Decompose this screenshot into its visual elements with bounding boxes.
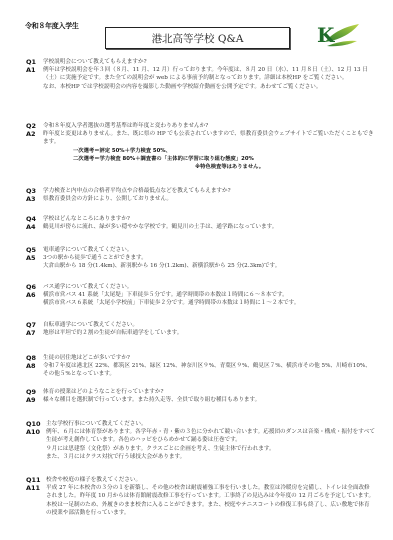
question-text: バス通学について教えてください。 <box>43 283 375 291</box>
answer-tag: A7 <box>26 329 43 337</box>
answer-tag: A8 <box>26 362 43 378</box>
answer-text: 令和７年度は港北区 22%、都筑区 21%、緑区 12%、神奈川区９%、青葉区９… <box>43 362 375 378</box>
qa-item-3: Q3学力検査と内申点の合格者平均点や合格最低点などを教えてもらえますか? A3県… <box>26 187 375 203</box>
qa-item-11: Q11校舎や校庭の様子を教えてください。 A11平成 27 年に本校舎の３分の１… <box>26 476 375 517</box>
answer-tag: A10 <box>26 428 46 461</box>
answer-text: 3つの駅から徒歩で通うことができます。 <box>43 254 375 262</box>
answer-tag: A6 <box>26 291 43 307</box>
question-text: 主な学校行事について教えてください。 <box>46 420 375 428</box>
page-title: 港北高等学校 Q&A <box>105 27 290 49</box>
school-logo-icon: K <box>313 20 363 48</box>
year-label: 令和８年度入学生 <box>25 21 79 31</box>
answer-text: 鶴見川が傍らに流れ、緑が多い穏やかな学校です。鶴見川の土手は、通学路になっていま… <box>43 223 375 231</box>
question-tag: Q7 <box>26 321 43 329</box>
question-text: 電車通学について教えてください。 <box>43 246 375 254</box>
qa-item-7: Q7自転車通学について教えてください。 A7地形は平坦で約２割の生徒が自転車通学… <box>26 321 375 337</box>
question-text: 令和８年度入学者選抜の選考基準は昨年度と変わりありませんか? <box>43 122 375 130</box>
answer-tag: A3 <box>26 195 43 203</box>
answer-tag: A1 <box>26 66 43 91</box>
answer-text: 横浜市営バス６系統「太尾小学校前」下車徒歩２分です。通学時間帯の本数は１時間に１… <box>43 299 375 307</box>
question-tag: Q9 <box>26 388 43 396</box>
qa-item-9: Q9体育の授業はどのようなことを行っていますか? A9様々な種目を選択制で行って… <box>26 388 375 404</box>
question-tag: Q11 <box>26 476 46 484</box>
qa-item-4: Q4学校はどんなところにありますか? A4鶴見川が傍らに流れ、緑が多い穏やかな学… <box>26 215 375 231</box>
qa-item-8: Q8生徒の居住地はどこが多いですか? A8令和７年度は港北区 22%、都筑区 2… <box>26 354 375 379</box>
selection-note: ※特色検査等はありません。 <box>43 163 375 171</box>
answer-text: 県教育委員会の方針により、公開しておりません。 <box>43 195 375 203</box>
qa-item-1: Q1学校説明会について教えてもらえますか? A1 例年は学校説明会を年３回（８月… <box>26 58 375 91</box>
question-tag: Q5 <box>26 246 43 254</box>
question-tag: Q3 <box>26 187 43 195</box>
question-tag: Q2 <box>26 122 43 130</box>
question-tag: Q4 <box>26 215 43 223</box>
answer-tag: A11 <box>26 484 46 517</box>
answer-text: 横浜市営バス 41 系統「太尾堤」下車徒歩５分です。通学時間帯の本数は１時間に６… <box>43 291 375 299</box>
svg-text:K: K <box>317 23 335 47</box>
question-text: 学校はどんなところにありますか? <box>43 215 375 223</box>
answer-text: ９月には思建祭（文化祭）があります。クラスごとに企画を考え、生徒主体で行われます… <box>46 445 375 453</box>
answer-text: 例年は学校説明会を年３回（８月、11 月、12 月）行っております。今年度は、８… <box>43 66 375 82</box>
answer-tag: A9 <box>26 396 43 404</box>
qa-item-10: Q10主な学校行事について教えてください。 A10 例年、６月には体育祭がありま… <box>26 420 375 461</box>
question-tag: Q10 <box>26 420 46 428</box>
question-text: 自転車通学について教えてください。 <box>43 321 375 329</box>
answer-tag: A2 <box>26 130 43 172</box>
answer-text: 地形は平坦で約２割の生徒が自転車通学をしています。 <box>43 329 375 337</box>
qa-item-6: Q6バス通学について教えてください。 A6 横浜市営バス 41 系統「太尾堤」下… <box>26 283 375 308</box>
answer-text: 平成 27 年に本校舎の３分の１を新築し、その他の校舎は耐震補強工事を行いました… <box>46 484 375 517</box>
qa-item-2: Q2令和８年度入学者選抜の選考基準は昨年度と変わりありませんか? A2 昨年度と… <box>26 122 375 172</box>
answer-tag: A5 <box>26 254 43 270</box>
answer-text: 大倉山駅から 18 分(1.4km)、新羽駅から 16 分(1.2km)、新横浜… <box>43 262 375 270</box>
question-text: 学力検査と内申点の合格者平均点や合格最低点などを教えてもらえますか? <box>43 187 375 195</box>
answer-text: 様々な種目を選択制で行っています。また持久走等、全員で取り組む種目もあります。 <box>43 396 375 404</box>
answer-tag: A4 <box>26 223 43 231</box>
question-text: 校舎や校庭の様子を教えてください。 <box>46 476 375 484</box>
question-tag: Q8 <box>26 354 43 362</box>
question-tag: Q1 <box>26 58 43 66</box>
question-text: 学校説明会について教えてもらえますか? <box>43 58 375 66</box>
question-tag: Q6 <box>26 283 43 291</box>
answer-text: また、３月にはクラス対抗で行う球技大会があります。 <box>46 453 375 461</box>
answer-text: 昨年度と変更はありません。また、既に県の HP でも公表されていますので、県教育… <box>43 130 375 146</box>
answer-text: 例年、６月には体育祭があります。各学年赤・青・紫の３色に分かれて競い合います。応… <box>46 428 375 444</box>
qa-item-5: Q5電車通学について教えてください。 A5 3つの駅から徒歩で通うことができます… <box>26 246 375 271</box>
answer-text: なお、本校HP では学校説明会の内容を撮影した動画や学校紹介動画を公開予定です。… <box>43 83 375 91</box>
question-text: 生徒の居住地はどこが多いですか? <box>43 354 375 362</box>
selection-formula-1: 一次選考＝評定 50%＋学力検査 50%、 <box>43 147 375 155</box>
selection-formula-2: 二次選考＝学力検査 80%＋調査書の「主体的に学習に取り組む態度」20% <box>43 155 375 163</box>
question-text: 体育の授業はどのようなことを行っていますか? <box>43 388 375 396</box>
